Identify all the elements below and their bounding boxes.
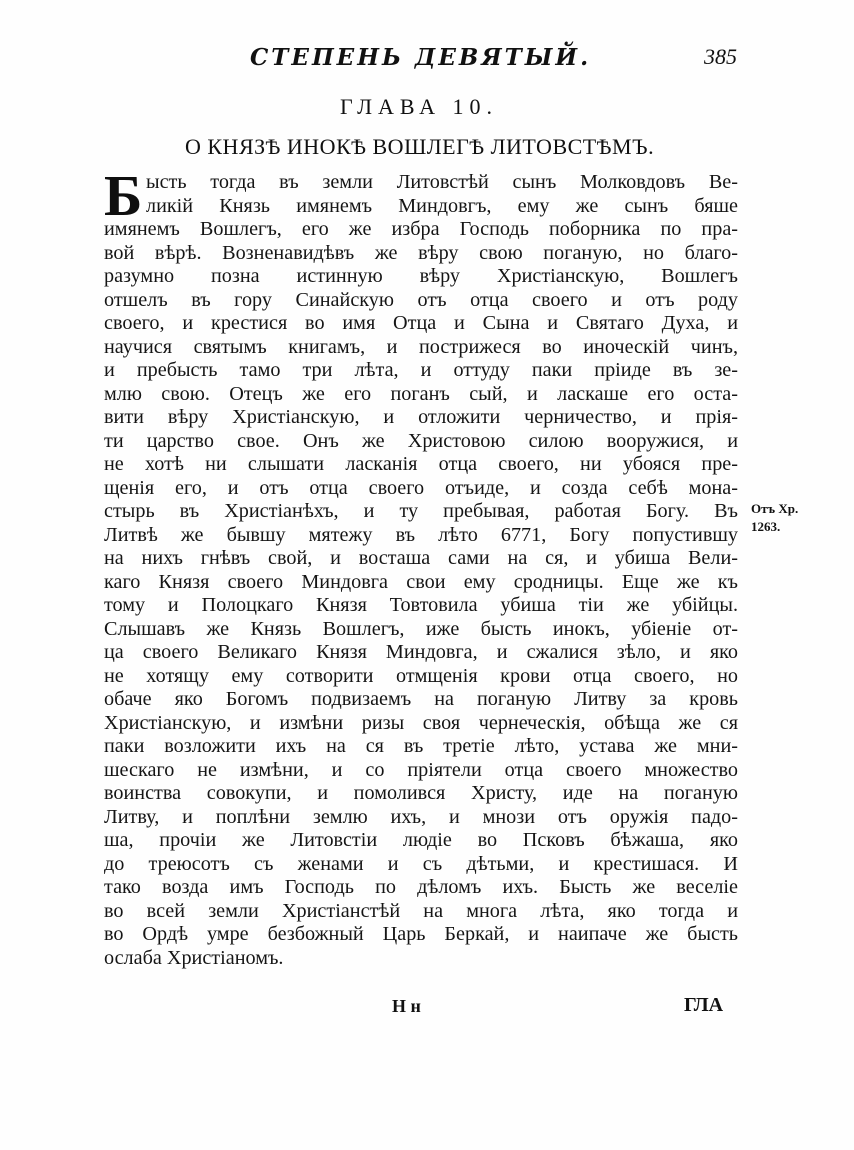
- text-line: не хотящу ему сотворити отмщенія крови о…: [104, 665, 738, 689]
- text-line: тако возда имъ Господь по дѣломъ ихъ. Бы…: [104, 876, 738, 900]
- running-head: СТЕПЕНЬ ДЕВЯТЫЙ.: [250, 44, 591, 71]
- chapter-body-text: ысть тогда въ земли Литовстѣй сынъ Молко…: [104, 171, 738, 970]
- text-line: не хотѣ ни слышати ласканія отца своего,…: [104, 453, 738, 477]
- text-line: ысть тогда въ земли Литовстѣй сынъ Молко…: [104, 171, 738, 195]
- book-page: СТЕПЕНЬ ДЕВЯТЫЙ. 385 ГЛАВА 10. О КНЯЗѢ И…: [0, 0, 854, 1150]
- text-line: во всей земли Христіанстѣй на многа лѣта…: [104, 900, 738, 924]
- text-line: отшелъ въ гору Синайскую отъ отца своего…: [104, 289, 738, 313]
- text-line: обаче яко Богомъ подвизаемъ на поганую Л…: [104, 688, 738, 712]
- text-line: ликій Князь имянемъ Миндовгъ, ему же сын…: [104, 195, 738, 219]
- page-number: 385: [704, 44, 737, 70]
- text-line: до треюсотъ съ женами и съ дѣтьми, и кре…: [104, 853, 738, 877]
- text-line: на нихъ гнѣвъ свой, и восташа сами на ся…: [104, 547, 738, 571]
- text-line: стырь въ Христіанѣхъ, и ту пребывая, раб…: [104, 500, 738, 524]
- text-line: Литвѣ же бывшу мятежу въ лѣто 6771, Богу…: [104, 524, 738, 548]
- text-line: ти царство свое. Онъ же Христовою силою …: [104, 430, 738, 454]
- text-line: млю свою. Отецъ же его поганъ сый, и лас…: [104, 383, 738, 407]
- chapter-title: О КНЯЗѢ ИНОКѢ ВОШЛЕГѢ ЛИТОВСТѢМЪ.: [185, 134, 654, 160]
- text-line: паки возложити ихъ на ся въ третіе лѣто,…: [104, 735, 738, 759]
- text-line: каго Князя своего Миндовга свои ему срод…: [104, 571, 738, 595]
- text-line: Христіанскую, и измѣни ризы своя чернече…: [104, 712, 738, 736]
- printer-signature-mark: Н н: [392, 996, 421, 1017]
- text-line: разумно позна истинную вѣру Христіанскую…: [104, 265, 738, 289]
- text-line: своего, и крестися во имя Отца и Сына и …: [104, 312, 738, 336]
- text-line: шескаго не измѣни, и со пріятели отца св…: [104, 759, 738, 783]
- chapter-label: ГЛАВА 10.: [340, 94, 498, 120]
- text-line: имянемъ Вошлегъ, его же избра Господь по…: [104, 218, 738, 242]
- margin-note-year: Отъ Хр. 1263.: [751, 500, 798, 536]
- text-line: ца своего Великаго Князя Миндовга, и сжа…: [104, 641, 738, 665]
- text-line: вой вѣрѣ. Возненавидѣвъ же вѣру свою пог…: [104, 242, 738, 266]
- text-line: ша, прочіи же Литовстіи людіе во Псковъ …: [104, 829, 738, 853]
- text-line: ослаба Христіаномъ.: [104, 947, 738, 971]
- text-line: Литву, и поплѣни землю ихъ, и мнози отъ …: [104, 806, 738, 830]
- text-line: воинства совокупи, и помолився Христу, и…: [104, 782, 738, 806]
- text-line: во Ордѣ умре безбожный Царь Беркай, и на…: [104, 923, 738, 947]
- text-line: тому и Полоцкаго Князя Товтовила убиша т…: [104, 594, 738, 618]
- catchword: ГЛА: [684, 994, 723, 1017]
- margin-note-era: Отъ Хр.: [751, 500, 798, 518]
- text-line: и пребысть тамо три лѣта, и оттуду паки …: [104, 359, 738, 383]
- text-line: вити вѣру Христіанскую, и отложити черни…: [104, 406, 738, 430]
- text-line: научися святымъ книгамъ, и пострижеся во…: [104, 336, 738, 360]
- text-line: Слышавъ же Князь Вошлегъ, иже бысть инок…: [104, 618, 738, 642]
- text-line: щенія его, и отъ отца своего отъиде, и с…: [104, 477, 738, 501]
- margin-note-year-value: 1263.: [751, 518, 798, 536]
